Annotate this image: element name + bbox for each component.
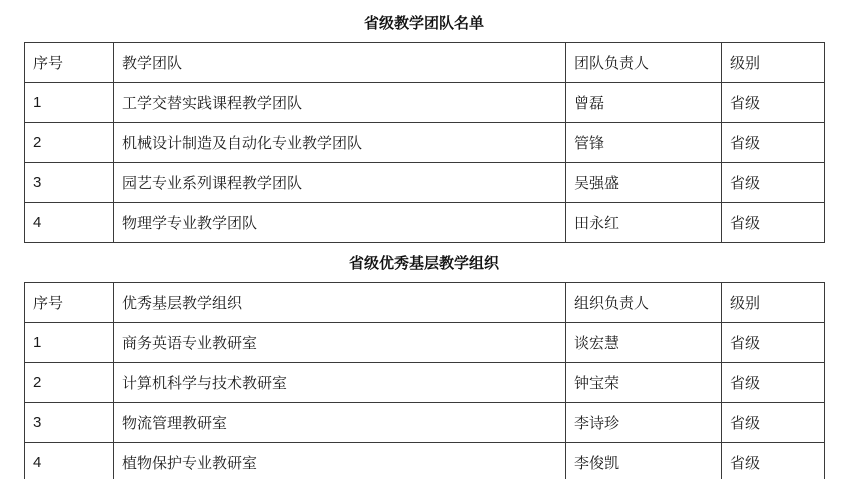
cell-index: 1: [25, 323, 114, 363]
cell-index: 4: [25, 203, 114, 243]
cell-name: 园艺专业系列课程教学团队: [114, 163, 566, 203]
cell-level: 省级: [722, 203, 825, 243]
column-header-name: 教学团队: [114, 43, 566, 83]
table-row: 4植物保护专业教研室李俊凯省级: [25, 443, 825, 479]
teaching-teams-table-body: 1工学交替实践课程教学团队曾磊省级2机械设计制造及自动化专业教学团队管锋省级3园…: [25, 83, 825, 243]
cell-name: 物理学专业教学团队: [114, 203, 566, 243]
cell-level: 省级: [722, 323, 825, 363]
cell-leader: 李俊凯: [566, 443, 722, 479]
cell-index: 3: [25, 403, 114, 443]
cell-leader: 谈宏慧: [566, 323, 722, 363]
cell-index: 3: [25, 163, 114, 203]
table-row: 3物流管理教研室李诗珍省级: [25, 403, 825, 443]
cell-level: 省级: [722, 123, 825, 163]
table-row: 2机械设计制造及自动化专业教学团队管锋省级: [25, 123, 825, 163]
cell-leader: 田永红: [566, 203, 722, 243]
column-header-index: 序号: [25, 283, 114, 323]
teaching-orgs-table-body: 1商务英语专业教研室谈宏慧省级2计算机科学与技术教研室钟宝荣省级3物流管理教研室…: [25, 323, 825, 479]
cell-index: 4: [25, 443, 114, 479]
cell-index: 2: [25, 363, 114, 403]
column-header-leader: 组织负责人: [566, 283, 722, 323]
cell-name: 机械设计制造及自动化专业教学团队: [114, 123, 566, 163]
cell-leader: 管锋: [566, 123, 722, 163]
cell-name: 商务英语专业教研室: [114, 323, 566, 363]
teaching-teams-title: 省级教学团队名单: [24, 0, 824, 42]
cell-index: 2: [25, 123, 114, 163]
header-row: 序号优秀基层教学组织组织负责人级别: [25, 283, 825, 323]
table-row: 2计算机科学与技术教研室钟宝荣省级: [25, 363, 825, 403]
table-row: 1商务英语专业教研室谈宏慧省级: [25, 323, 825, 363]
column-header-level: 级别: [722, 283, 825, 323]
column-header-index: 序号: [25, 43, 114, 83]
teaching-orgs-table-header: 序号优秀基层教学组织组织负责人级别: [25, 283, 825, 323]
cell-leader: 曾磊: [566, 83, 722, 123]
cell-level: 省级: [722, 163, 825, 203]
column-header-leader: 团队负责人: [566, 43, 722, 83]
cell-level: 省级: [722, 443, 825, 479]
teaching-orgs-table: 序号优秀基层教学组织组织负责人级别 1商务英语专业教研室谈宏慧省级2计算机科学与…: [24, 282, 825, 479]
header-row: 序号教学团队团队负责人级别: [25, 43, 825, 83]
cell-leader: 李诗珍: [566, 403, 722, 443]
cell-name: 植物保护专业教研室: [114, 443, 566, 479]
cell-name: 工学交替实践课程教学团队: [114, 83, 566, 123]
cell-level: 省级: [722, 363, 825, 403]
cell-index: 1: [25, 83, 114, 123]
table-row: 1工学交替实践课程教学团队曾磊省级: [25, 83, 825, 123]
cell-leader: 钟宝荣: [566, 363, 722, 403]
teaching-teams-table: 序号教学团队团队负责人级别 1工学交替实践课程教学团队曾磊省级2机械设计制造及自…: [24, 42, 825, 243]
column-header-level: 级别: [722, 43, 825, 83]
teaching-teams-table-header: 序号教学团队团队负责人级别: [25, 43, 825, 83]
table-row: 3园艺专业系列课程教学团队吴强盛省级: [25, 163, 825, 203]
cell-leader: 吴强盛: [566, 163, 722, 203]
teaching-orgs-title: 省级优秀基层教学组织: [24, 243, 824, 282]
cell-name: 计算机科学与技术教研室: [114, 363, 566, 403]
cell-name: 物流管理教研室: [114, 403, 566, 443]
cell-level: 省级: [722, 83, 825, 123]
cell-level: 省级: [722, 403, 825, 443]
table-row: 4物理学专业教学团队田永红省级: [25, 203, 825, 243]
document-page: 省级教学团队名单 序号教学团队团队负责人级别 1工学交替实践课程教学团队曾磊省级…: [0, 0, 849, 479]
column-header-name: 优秀基层教学组织: [114, 283, 566, 323]
